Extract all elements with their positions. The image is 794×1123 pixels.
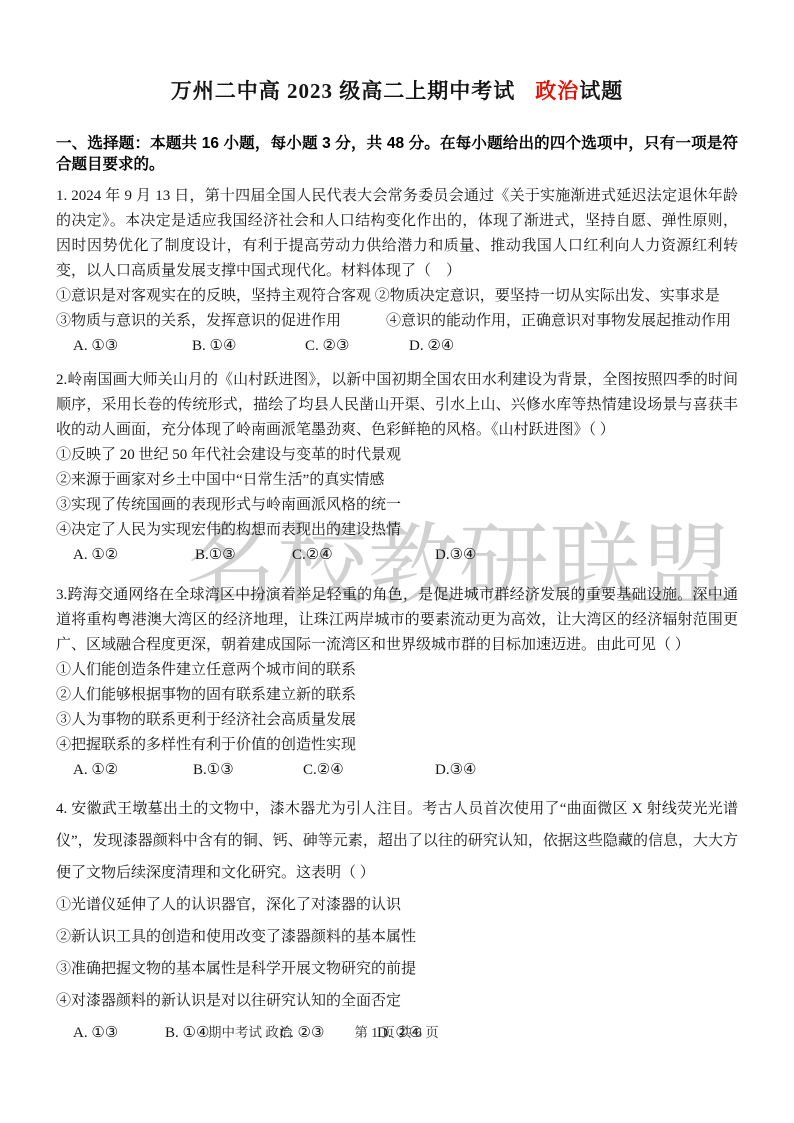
exam-page: 名校教研联盟 万州二中高 2023 级高二上期中考试政治试题 一、选择题：本题共… <box>0 0 794 1123</box>
question-1: 1. 2024 年 9 月 13 日，第十四届全国人民代表大会常务委员会通过《关… <box>56 184 738 359</box>
question-1-choices: A. ①③B. ①④C. ②③D. ②④ <box>56 334 738 359</box>
choice-c: C. ②③ <box>305 334 409 359</box>
choice-b: B.①③ <box>195 543 292 568</box>
page-title: 万州二中高 2023 级高二上期中考试政治试题 <box>56 76 738 106</box>
choice-c: C.②④ <box>303 758 435 783</box>
question-3-stem: 3.跨海交通网络在全球湾区中扮演着举足轻重的角色，是促进城市群经济发展的重要基础… <box>56 583 738 658</box>
footer-exam-label: 期中考试 政治 <box>208 1021 292 1041</box>
question-4-item-1: ①光谱仪延伸了人的认识器官，深化了对漆器的认识 <box>56 889 738 921</box>
question-1-stem: 1. 2024 年 9 月 13 日，第十四届全国人民代表大会常务委员会通过《关… <box>56 184 738 284</box>
choice-d: D.③④ <box>435 543 476 568</box>
question-4-item-4: ④对漆器颜料的新认识是对以往研究认知的全面否定 <box>56 985 738 1017</box>
question-3-item-4: ④把握联系的多样性有利于价值的创造性实现 <box>56 733 738 758</box>
question-2: 2.岭南国画大师关山月的《山村跃进图》，以新中国初期全国农田水利建设为背景，全图… <box>56 368 738 568</box>
section-heading: 一、选择题：本题共 16 小题，每小题 3 分，共 48 分。在每小题给出的四个… <box>56 133 738 175</box>
question-3: 3.跨海交通网络在全球湾区中扮演着举足轻重的角色，是促进城市群经济发展的重要基础… <box>56 583 738 783</box>
page-footer: 期中考试 政治 第 1 页 共 6 页 <box>0 1021 794 1041</box>
question-3-choices: A. ①②B.①③C.②④D.③④ <box>56 758 738 783</box>
question-2-item-2: ②来源于画家对乡土中国中“日常生活”的真实情感 <box>56 468 738 493</box>
question-1-items-line1: ①意识是对客观实在的反映，坚持主观符合客观 ②物质决定意识，要坚持一切从实际出发… <box>56 284 738 309</box>
footer-inner: 期中考试 政治 第 1 页 共 6 页 <box>208 1021 439 1041</box>
page-content: 万州二中高 2023 级高二上期中考试政治试题 一、选择题：本题共 16 小题，… <box>0 0 794 1049</box>
choice-b: B. ①④ <box>192 334 305 359</box>
choice-a: A. ①② <box>73 758 193 783</box>
choice-b: B.①③ <box>193 758 303 783</box>
question-2-choices: A. ①②B.①③C.②④D.③④ <box>56 543 738 568</box>
question-4-item-3: ③准确把握文物的基本属性是科学开展文物研究的前提 <box>56 953 738 985</box>
choice-a: A. ①③ <box>73 334 192 359</box>
question-4-item-2: ②新认识工具的创造和使用改变了漆器颜料的基本属性 <box>56 921 738 953</box>
question-2-item-4: ④决定了人民为实现宏伟的构想而表现出的建设热情 <box>56 518 738 543</box>
title-part2: 试题 <box>579 79 623 103</box>
question-2-item-3: ③实现了传统国画的表现形式与岭南画派风格的统一 <box>56 493 738 518</box>
question-3-item-1: ①人们能创造条件建立任意两个城市间的联系 <box>56 658 738 683</box>
question-2-item-1: ①反映了 20 世纪 50 年代社会建设与变革的时代景观 <box>56 443 738 468</box>
question-3-item-3: ③人为事物的联系更利于经济社会高质量发展 <box>56 708 738 733</box>
question-1-items-line2: ③物质与意识的关系，发挥意识的促进作用 ④意识的能动作用，正确意识对事物发展起推… <box>56 309 738 334</box>
footer-page-number: 第 1 页 共 6 页 <box>354 1021 438 1041</box>
choice-a: A. ①② <box>73 543 195 568</box>
question-2-stem: 2.岭南国画大师关山月的《山村跃进图》，以新中国初期全国农田水利建设为背景，全图… <box>56 368 738 443</box>
question-4: 4. 安徽武王墩墓出土的文物中，漆木器尤为引人注目。考古人员首次使用了“曲面微区… <box>56 793 738 1049</box>
title-part1: 万州二中高 2023 级高二上期中考试 <box>171 79 516 103</box>
choice-c: C.②④ <box>292 543 435 568</box>
choice-d: D. ②④ <box>409 334 454 359</box>
title-subject-red: 政治 <box>535 79 579 103</box>
question-3-item-2: ②人们能够根据事物的固有联系建立新的联系 <box>56 683 738 708</box>
question-4-stem: 4. 安徽武王墩墓出土的文物中，漆木器尤为引人注目。考古人员首次使用了“曲面微区… <box>56 793 738 889</box>
choice-d: D.③④ <box>435 758 476 783</box>
